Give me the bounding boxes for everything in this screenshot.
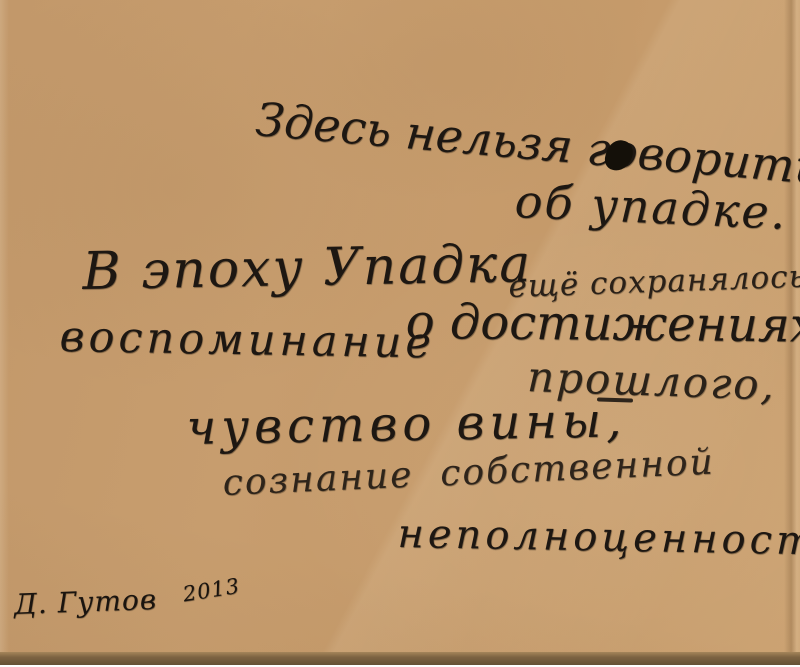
text-line-6: чувство вины, [186, 396, 627, 452]
text-line-4-left: воспоминание [59, 316, 435, 366]
canvas-left-edge [0, 0, 9, 665]
canvas-bottom-edge [0, 652, 800, 665]
text-line-4-right: о достижениях [406, 298, 800, 350]
signature-name: Д. Гутов [13, 583, 157, 621]
text-line-8: неполноценности. [397, 514, 800, 562]
text-line-2: об упадке. [514, 178, 788, 236]
artist-signature: Д. Гутов 2013 [13, 580, 240, 621]
painting-canvas: Здесь нельзя говорить об упадке. В эпоху… [0, 0, 800, 665]
signature-year: 2013 [181, 574, 242, 607]
text-line-3-large: В эпоху Упадка [82, 238, 533, 298]
